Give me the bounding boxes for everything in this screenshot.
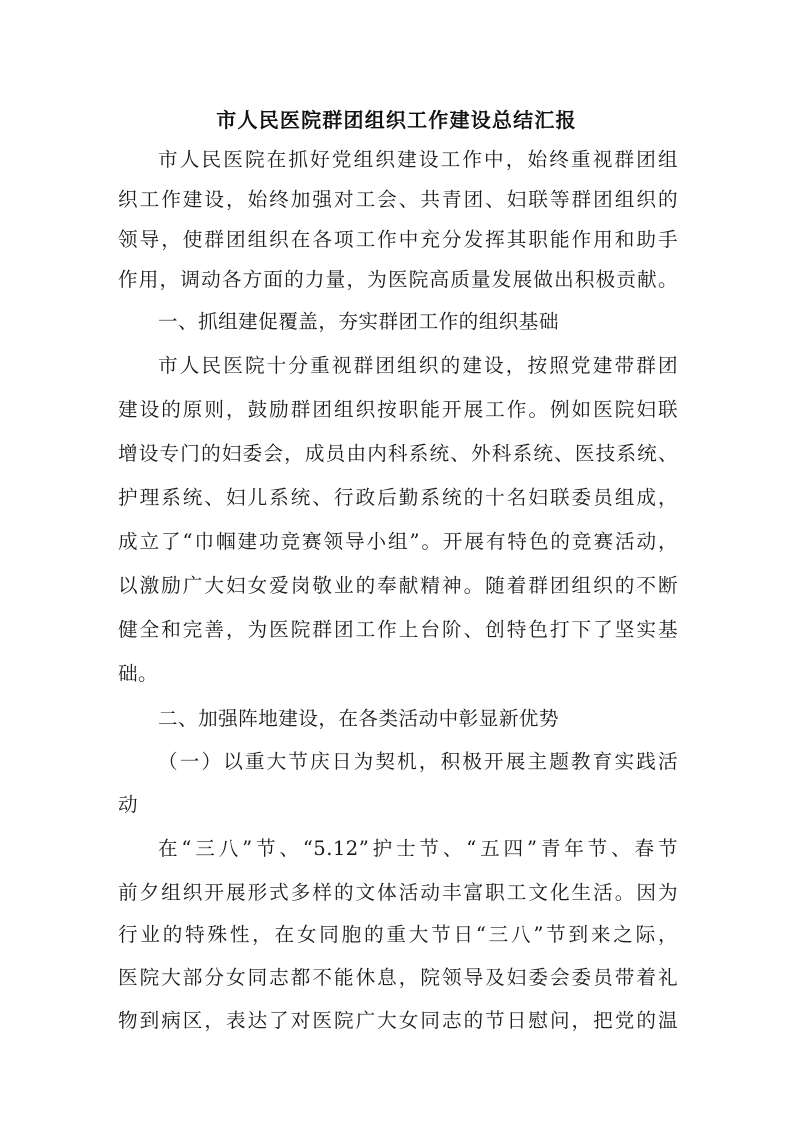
- text-line: 领导，使群团组织在各项工作中充分发挥其职能作用和助手: [118, 226, 678, 254]
- text-line: 一、抓组建促覆盖，夯实群团工作的组织基础: [158, 308, 678, 336]
- text-line: 行业的特殊性，在女同胞的重大节日“三八”节到来之际，: [118, 921, 678, 949]
- text-line: 护理系统、妇儿系统、行政后勤系统的十名妇联委员组成，: [118, 484, 678, 512]
- text-line: 成立了“巾帼建功竞赛领导小组”。开展有特色的竞赛活动，: [118, 528, 678, 556]
- text-line: 织工作建设，始终加强对工会、共青团、妇联等群团组织的: [118, 186, 678, 214]
- text-line: 前夕组织开展形式多样的文体活动丰富职工文化生活。因为: [118, 879, 678, 907]
- text-line: 市人民医院十分重视群团组织的建设，按照党建带群团: [158, 352, 678, 380]
- document-page: 市人民医院群团组织工作建设总结汇报 市人民医院在抓好党组织建设工作中，始终重视群…: [0, 0, 793, 1122]
- text-line: 建设的原则，鼓励群团组织按职能开展工作。例如医院妇联: [118, 396, 678, 424]
- text-line: 健全和完善，为医院群团工作上台阶、创特色打下了坚实基: [118, 616, 678, 644]
- text-line: 物到病区，表达了对医院广大女同志的节日慰问，把党的温: [118, 1007, 678, 1035]
- text-line: 增设专门的妇委会，成员由内科系统、外科系统、医技系统、: [118, 440, 678, 468]
- text-line: 医院大部分女同志都不能休息，院领导及妇委会委员带着礼: [118, 964, 678, 992]
- text-line: 作用，调动各方面的力量，为医院高质量发展做出积极贡献。: [118, 266, 678, 294]
- text-line: 二、加强阵地建设，在各类活动中彰显新优势: [158, 705, 678, 733]
- text-line: （一）以重大节庆日为契机，积极开展主题教育实践活: [158, 748, 678, 776]
- text-line: 础。: [118, 660, 678, 688]
- text-line: 以激励广大妇女爱岗敬业的奉献精神。随着群团组织的不断: [118, 572, 678, 600]
- text-line: 在“三八”节、“5.12”护士节、“五四”青年节、春节: [158, 835, 678, 863]
- text-line: 动: [118, 791, 678, 819]
- text-line: 市人民医院在抓好党组织建设工作中，始终重视群团组: [158, 146, 678, 174]
- document-title: 市人民医院群团组织工作建设总结汇报: [0, 104, 793, 133]
